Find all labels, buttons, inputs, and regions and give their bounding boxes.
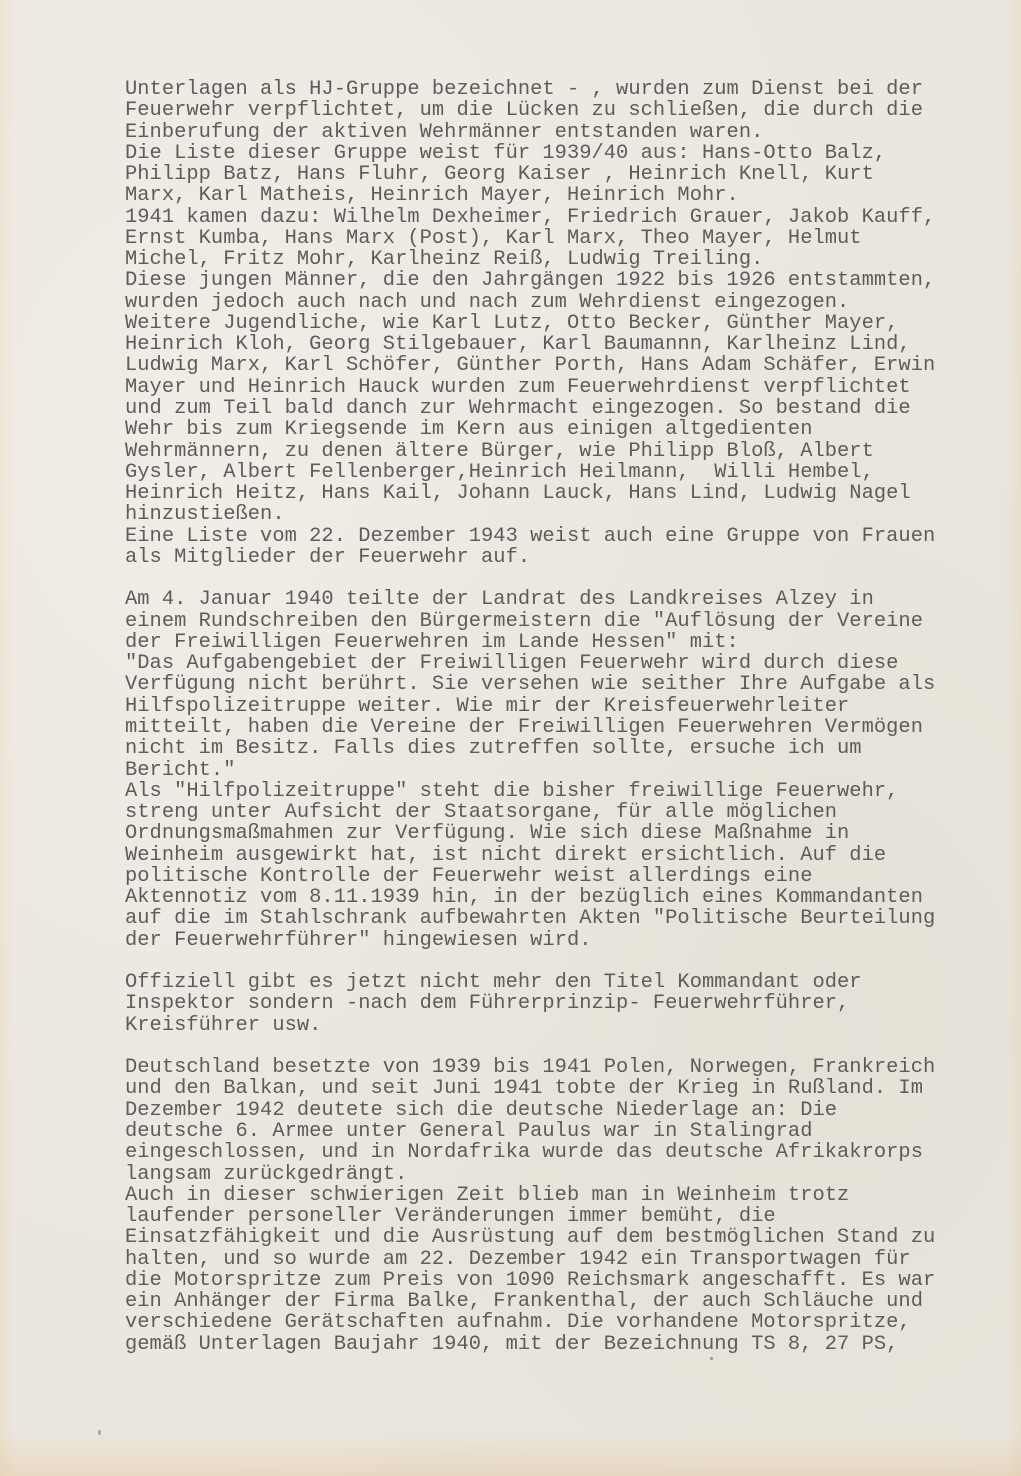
text-line: Weitere Jugendliche, wie Karl Lutz, Otto… [125,313,985,334]
text-line: Heinrich Kloh, Georg Stilgebauer, Karl B… [125,334,985,355]
text-line: der Feuerwehrführer" hingewiesen wird. [125,930,985,951]
paragraph-gap [125,1036,985,1057]
text-line: und den Balkan, und seit Juni 1941 tobte… [125,1078,985,1099]
text-line: laufender personeller Veränderungen imme… [125,1206,985,1227]
text-line: Einsatzfähigkeit und die Ausrüstung auf … [125,1227,985,1248]
text-line: Michel, Fritz Mohr, Karlheinz Reiß, Ludw… [125,249,985,270]
paragraph-official-titles: Offiziell gibt es jetzt nicht mehr den T… [125,972,985,1036]
text-line: "Das Aufgabengebiet der Freiwilligen Feu… [125,653,985,674]
text-line: deutsche 6. Armee unter General Paulus w… [125,1121,985,1142]
text-line: Verfügung nicht berührt. Sie versehen wi… [125,674,985,695]
text-line: als Mitglieder der Feuerwehr auf. [125,547,985,568]
text-line: Wehr bis zum Kriegsende im Kern aus eini… [125,419,985,440]
text-line: langsam zurückgedrängt. [125,1164,985,1185]
text-line: Bericht." [125,760,985,781]
paper-speck [98,1430,101,1435]
text-line: Ernst Kumba, Hans Marx (Post), Karl Marx… [125,228,985,249]
text-line: Ordnungsmaßmahmen zur Verfügung. Wie sic… [125,823,985,844]
text-line: Marx, Karl Matheis, Heinrich Mayer, Hein… [125,185,985,206]
text-line: auf die im Stahlschrank aufbewahrten Akt… [125,908,985,929]
text-line: nicht im Besitz. Falls dies zutreffen so… [125,738,985,759]
text-line: Ludwig Marx, Karl Schöfer, Günther Porth… [125,355,985,376]
text-line: Offiziell gibt es jetzt nicht mehr den T… [125,972,985,993]
text-line: und zum Teil bald danch zur Wehrmacht ei… [125,398,985,419]
text-line: wurden jedoch auch nach und nach zum Weh… [125,292,985,313]
paragraph-war-context: Deutschland besetzte von 1939 bis 1941 P… [125,1057,985,1355]
text-line: Deutschland besetzte von 1939 bis 1941 P… [125,1057,985,1078]
paragraph-landrat-circular: Am 4. Januar 1940 teilte der Landrat des… [125,589,985,951]
typewritten-page: Unterlagen als HJ-Gruppe bezeichnet - , … [125,79,985,1355]
paragraph-gap [125,951,985,972]
text-line: verschiedene Gerätschaften aufnahm. Die … [125,1312,985,1333]
text-line: Heinrich Heitz, Hans Kail, Johann Lauck,… [125,483,985,504]
text-line: hinzustießen. [125,504,985,525]
text-line: Kreisführer usw. [125,1015,985,1036]
text-line: Gysler, Albert Fellenberger,Heinrich Hei… [125,462,985,483]
text-line: 1941 kamen dazu: Wilhelm Dexheimer, Frie… [125,207,985,228]
text-line: Auch in dieser schwierigen Zeit blieb ma… [125,1185,985,1206]
text-line: Dezember 1942 deutete sich die deutsche … [125,1100,985,1121]
text-line: Feuerwehr verpflichtet, um die Lücken zu… [125,100,985,121]
text-line: Mayer und Heinrich Hauck wurden zum Feue… [125,377,985,398]
text-line: die Motorspritze zum Preis von 1090 Reic… [125,1270,985,1291]
text-line: Aktennotiz vom 8.11.1939 hin, in der bez… [125,887,985,908]
text-line: Eine Liste vom 22. Dezember 1943 weist a… [125,526,985,547]
text-line: Einberufung der aktiven Wehrmänner entst… [125,122,985,143]
text-line: Am 4. Januar 1940 teilte der Landrat des… [125,589,985,610]
text-line: eingeschlossen, und in Nordafrika wurde … [125,1142,985,1163]
text-line: der Freiwilligen Feuerwehren im Lande He… [125,632,985,653]
paper-speck [710,1357,713,1360]
paragraph-hj-group: Unterlagen als HJ-Gruppe bezeichnet - , … [125,79,985,568]
text-line: Die Liste dieser Gruppe weist für 1939/4… [125,143,985,164]
text-line: Hilfspolizeitruppe weiter. Wie mir der K… [125,696,985,717]
text-line: ein Anhänger der Firma Balke, Frankentha… [125,1291,985,1312]
text-line: Philipp Batz, Hans Fluhr, Georg Kaiser ,… [125,164,985,185]
text-line: halten, und so wurde am 22. Dezember 194… [125,1249,985,1270]
text-line: Inspektor sondern -nach dem Führerprinzi… [125,993,985,1014]
paragraph-gap [125,568,985,589]
text-line: Unterlagen als HJ-Gruppe bezeichnet - , … [125,79,985,100]
text-line: Diese jungen Männer, die den Jahrgängen … [125,270,985,291]
text-line: politische Kontrolle der Feuerwehr weist… [125,866,985,887]
text-line: mitteilt, haben die Vereine der Freiwill… [125,717,985,738]
text-line: Wehrmännern, zu denen ältere Bürger, wie… [125,441,985,462]
text-line: gemäß Unterlagen Baujahr 1940, mit der B… [125,1334,985,1355]
text-line: einem Rundschreiben den Bürgermeistern d… [125,611,985,632]
text-line: streng unter Aufsicht der Staatsorgane, … [125,802,985,823]
text-line: Weinheim ausgewirkt hat, ist nicht direk… [125,845,985,866]
text-line: Als "Hilfpolizeitruppe" steht die bisher… [125,781,985,802]
